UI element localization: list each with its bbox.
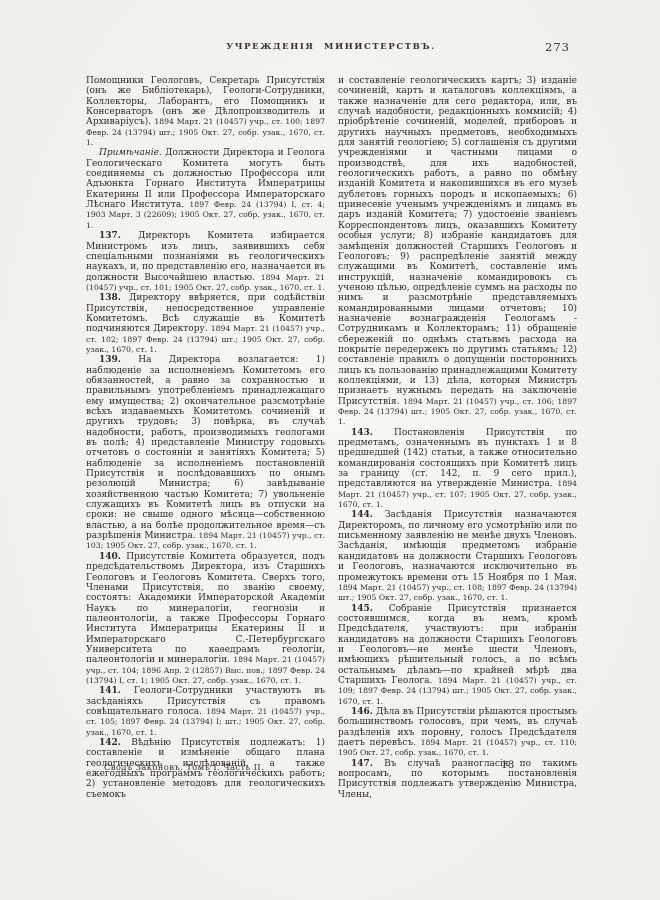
- citation: 1894 Март. 21 (10457) учр., ст. 108; 189…: [338, 583, 577, 602]
- paragraph: 143. Постановленія Присутствія по предме…: [338, 428, 577, 511]
- body-text: Собраніе Присутствія признается состоявш…: [338, 604, 577, 686]
- body-text: Засѣданія Присутствія назначаются Директ…: [338, 510, 577, 582]
- footer-imprint: Сводъ Законовъ. Томъ I. Часть II.: [104, 762, 264, 772]
- article-number: 147.: [351, 759, 373, 769]
- left-column: Помощники Геологовъ, Секретарь Присутств…: [86, 76, 325, 800]
- article-number: 146.: [351, 707, 373, 717]
- running-title: УЧРЕЖДЕНІЯ МИНИСТЕРСТВЪ.: [86, 42, 576, 52]
- paragraph: 144. Засѣданія Присутствія назначаются Д…: [338, 510, 577, 603]
- paragraph: 140. Присутствіе Комитета образуется, по…: [86, 552, 325, 686]
- page-number: 273: [545, 40, 570, 54]
- article-number: 138.: [99, 293, 121, 303]
- body-text: Въ случаѣ разногласія по такимъ вопросам…: [338, 759, 577, 800]
- article-number: 140.: [99, 552, 121, 562]
- article-number: 139.: [99, 355, 121, 365]
- paragraph: 137. Директоръ Комитета избирается Минис…: [86, 231, 325, 293]
- paragraph: 146. Дѣла въ Присутствіи рѣшаются просты…: [338, 707, 577, 759]
- body-text: и составленіе геологическихъ картъ; 3) и…: [338, 76, 577, 407]
- paragraph: 139. На Директора возлагается: 1) наблюд…: [86, 355, 325, 552]
- article-number: 137.: [99, 231, 121, 241]
- article-number: 145.: [351, 604, 373, 614]
- note-label: Примѣчаніе.: [99, 148, 162, 158]
- article-number: 141.: [99, 686, 121, 696]
- paragraph: 138. Директору ввѣряется, при содѣйствіи…: [86, 293, 325, 355]
- signature-mark: 18: [501, 759, 514, 771]
- text-columns: Помощники Геологовъ, Секретарь Присутств…: [86, 76, 577, 800]
- body-text: Постановленія Присутствія по предметамъ,…: [338, 428, 577, 490]
- paragraph: и составленіе геологическихъ картъ; 3) и…: [338, 76, 577, 428]
- paragraph: Помощники Геологовъ, Секретарь Присутств…: [86, 76, 325, 148]
- scanned-page: УЧРЕЖДЕНІЯ МИНИСТЕРСТВЪ. 273 Помощники Г…: [0, 0, 660, 900]
- page-header: УЧРЕЖДЕНІЯ МИНИСТЕРСТВЪ. 273: [86, 40, 576, 56]
- body-text: На Директора возлагается: 1) наблюденіе …: [86, 355, 325, 541]
- article-number: 144.: [351, 510, 373, 520]
- paragraph: 147. Въ случаѣ разногласія по такимъ воп…: [338, 759, 577, 800]
- paragraph: Примѣчаніе. Должности Директора и Геолог…: [86, 148, 325, 231]
- article-number: 142.: [99, 738, 121, 748]
- article-number: 143.: [351, 428, 373, 438]
- paragraph: 145. Собраніе Присутствія признается сос…: [338, 604, 577, 707]
- paragraph: 141. Геологи-Сотрудники участвуютъ въ за…: [86, 686, 325, 738]
- body-text: Присутствіе Комитета образуется, подъ пр…: [86, 552, 325, 665]
- right-column: и составленіе геологическихъ картъ; 3) и…: [338, 76, 577, 800]
